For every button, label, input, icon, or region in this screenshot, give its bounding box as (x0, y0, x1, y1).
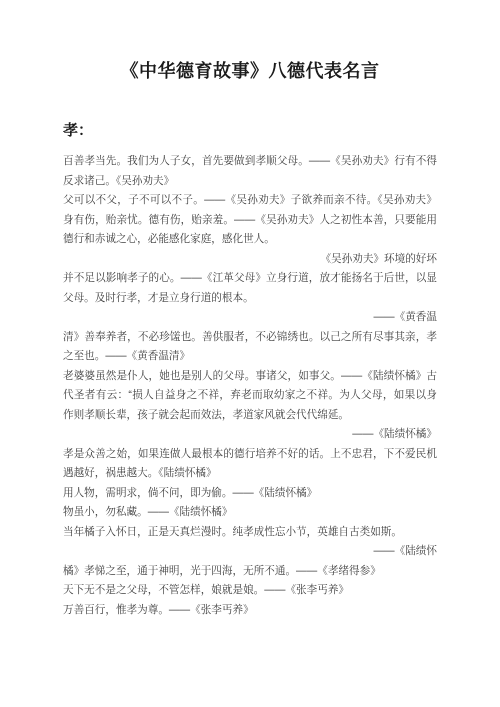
body-line: 用人物，需明求，倘不问，即为偷。——《陆绩怀橘》 (63, 484, 437, 504)
body-line: 父可以不父，子不可以不子。——《吴孙劝夫》子欲养而亲不待。《吴孙劝夫》 (63, 191, 437, 211)
body-line: 反求诸己。《吴孙劝夫》 (63, 172, 437, 192)
body-line: 遇越好，祸患越大。《陆绩怀橘》 (63, 464, 437, 484)
body-line: 天下无不是之父母，不管怎样，娘就是娘。——《张李丐养》 (63, 581, 437, 601)
body-line: 《吴孙劝夫》环境的好坏 (63, 250, 437, 270)
body-line: 清》善奉养者，不必珍馐也。善供服者，不必锦绣也。以己之所有尽事其亲，孝 (63, 328, 437, 348)
body-line: 万善百行，惟孝为尊。——《张李丐养》 (63, 601, 437, 621)
body-line: 孝是众善之始，如果连做人最根本的德行培养不好的话。上不忠君，下不爱民机 (63, 445, 437, 465)
body-line: 橘》孝悌之至，通于神明，光于四海，无所不通。——《孝绪得参》 (63, 562, 437, 582)
document-title: 《中华德育故事》八德代表名言 (0, 58, 500, 84)
body-line: 之至也。——《黄香温清》 (63, 347, 437, 367)
body-line: 身有伤，贻亲忧。德有伤，贻亲羞。——《吴孙劝夫》人之初性本善，只要能用 (63, 211, 437, 231)
body-text: 百善孝当先。我们为人子女，首先要做到孝顺父母。——《吴孙劝夫》行有不得反求诸己。… (63, 152, 437, 620)
body-line: 百善孝当先。我们为人子女，首先要做到孝顺父母。——《吴孙劝夫》行有不得 (63, 152, 437, 172)
body-line: ——《陆绩怀橘》 (63, 425, 437, 445)
body-line: 作则孝顺长辈，孩子就会起而效法，孝道家风就会代代绵延。 (63, 406, 437, 426)
body-line: 父母。及时行孝，才是立身行道的根本。 (63, 289, 437, 309)
document-page: 《中华德育故事》八德代表名言 孝： 百善孝当先。我们为人子女，首先要做到孝顺父母… (0, 0, 500, 707)
body-line: ——《陆绩怀 (63, 542, 437, 562)
body-line: 德行和赤诚之心，必能感化家庭，感化世人。 (63, 230, 437, 250)
body-line: 老婆婆虽然是仆人，她也是别人的父母。事诸父，如事父。——《陆绩怀橘》古 (63, 367, 437, 387)
body-line: 当年橘子入怀日，正是天真烂漫时。纯孝成性忘小节，英雄自古类如斯。 (63, 523, 437, 543)
section-heading-xiao: 孝： (63, 120, 93, 142)
body-line: ——《黄香温 (63, 308, 437, 328)
body-line: 代圣者有云：“损人自益身之不祥，弃老而取幼家之不祥。为人父母，如果以身 (63, 386, 437, 406)
body-line: 并不足以影响孝子的心。——《江革父母》立身行道，放才能扬名于后世，以显 (63, 269, 437, 289)
body-line: 物虽小，勿私藏。——《陆绩怀橘》 (63, 503, 437, 523)
